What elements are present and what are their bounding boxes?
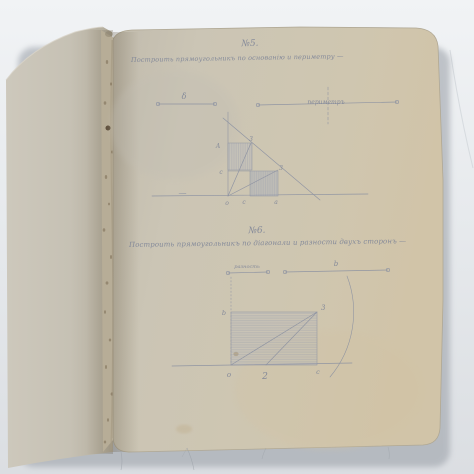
book-spine (101, 30, 114, 452)
stain-patch (176, 425, 192, 434)
svg-text:3: 3 (279, 165, 283, 172)
segment-diagonal-label: b (334, 260, 339, 268)
page-tonal-patch (110, 70, 240, 180)
svg-text:с: с (316, 368, 320, 376)
segment-b-label: δ (182, 92, 187, 101)
notebook-scene: №5. Построить прямоугольникъ по основані… (0, 0, 474, 474)
svg-text:о: о (227, 371, 231, 379)
segment-perimeter-label: периметръ (307, 99, 344, 106)
problem-5-number: №5. (240, 39, 259, 50)
photo-of-notebook: №5. Построить прямоугольникъ по основані… (0, 0, 474, 474)
fig5-square-lower (250, 171, 278, 196)
svg-text:2: 2 (261, 372, 268, 382)
svg-text:о: о (225, 200, 229, 207)
binding-hole (106, 126, 111, 131)
svg-text:а: а (274, 199, 278, 206)
segment-difference-label: разность (234, 264, 260, 270)
svg-text:b: b (222, 309, 226, 317)
problem-6-number: №6. (247, 226, 266, 237)
svg-text:3: 3 (321, 304, 326, 312)
svg-text:3: 3 (249, 136, 253, 143)
left-page (6, 27, 113, 468)
svg-text:A: A (215, 143, 221, 150)
fig5-square-upper (228, 143, 252, 170)
